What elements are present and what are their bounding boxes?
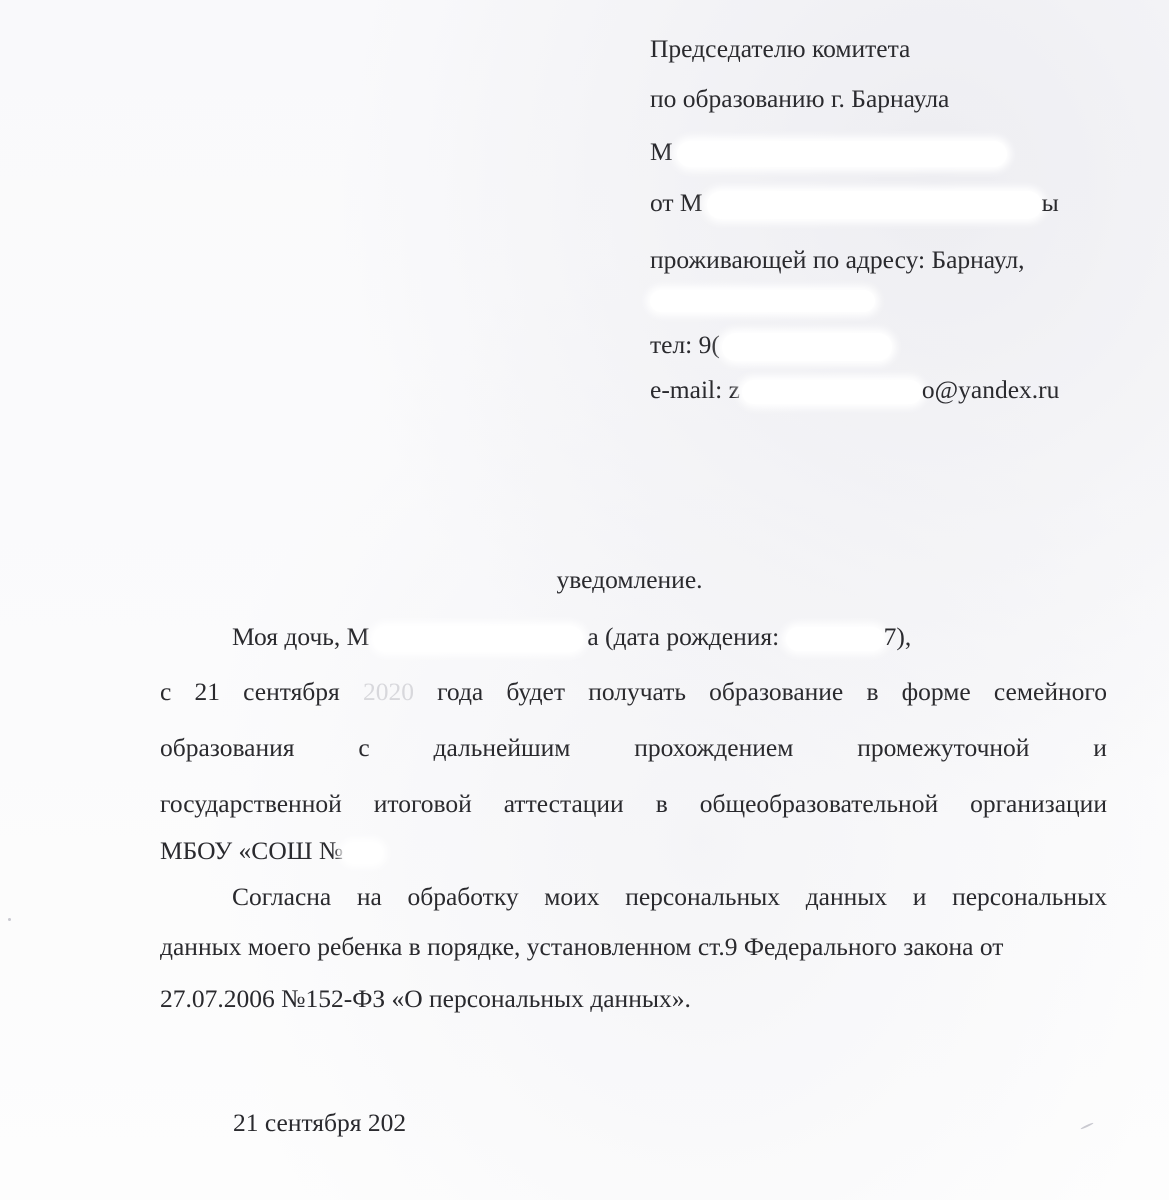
word: образование	[709, 677, 843, 707]
word: организации	[970, 789, 1107, 819]
para1-start: Моя дочь, М	[232, 622, 369, 651]
word: года	[437, 677, 483, 707]
redaction-mark	[742, 380, 922, 404]
sender-name-prefix: от М	[650, 188, 703, 217]
phone-prefix: тел: 9(	[650, 330, 720, 359]
email-prefix: e-mail: z	[650, 375, 740, 404]
word: персональных	[625, 882, 780, 912]
word: будет	[506, 677, 565, 707]
word: форме	[902, 677, 971, 707]
addressee-line-4: от Мы	[650, 190, 1059, 219]
word: сентября	[243, 677, 340, 707]
email-suffix: о@yandex.ru	[922, 375, 1060, 404]
addressee-line-6	[650, 286, 875, 312]
word: данных	[806, 882, 887, 912]
word: образования	[160, 733, 295, 763]
paragraph-1-line-2: с21сентября2020годабудетполучатьобразова…	[160, 677, 1107, 707]
addressee-name-visible: М	[650, 137, 673, 166]
word: 2020	[363, 677, 414, 707]
addressee-line-3: М	[650, 139, 1007, 167]
word: на	[357, 882, 382, 912]
word: общеобразовательной	[700, 789, 938, 819]
word: персональных	[952, 882, 1107, 912]
redaction-mark	[677, 141, 1007, 167]
paragraph-1-line-3: образованиясдальнейшимпрохождениемпромеж…	[160, 733, 1107, 763]
word: итоговой	[374, 789, 472, 819]
scan-artifact	[8, 918, 11, 921]
word: 21	[195, 677, 221, 707]
document-date: 21 сентября 202	[233, 1108, 406, 1138]
word: обработку	[408, 882, 519, 912]
paragraph-1-line-5: МБОУ «СОШ №	[160, 836, 1107, 866]
paragraph-1-line-4: государственнойитоговойаттестациивобщеоб…	[160, 789, 1107, 819]
redaction-mark	[373, 626, 583, 652]
word: семейного	[994, 677, 1107, 707]
word: промежуточной	[857, 733, 1029, 763]
redaction-mark	[722, 333, 892, 361]
word: моих	[544, 882, 599, 912]
phone-line: тел: 9(	[650, 332, 892, 361]
redaction-mark	[707, 191, 1042, 219]
word: и	[913, 882, 927, 912]
redaction-mark	[650, 290, 875, 312]
addressee-line-2: по образованию г. Барнаула	[650, 86, 949, 112]
word: государственной	[160, 789, 342, 819]
document-title: уведомление.	[0, 565, 1169, 595]
scan-artifact	[1080, 1122, 1094, 1130]
addressee-line-5: проживающей по адресу: Барнаул,	[650, 247, 1025, 273]
email-line: e-mail: zо@yandex.ru	[650, 377, 1059, 404]
paragraph-2-line-3: 27.07.2006 №152-ФЗ «О персональных данны…	[160, 984, 1107, 1014]
paragraph-1-line-1: Моя дочь, Ма (дата рождения: 7),	[160, 622, 1107, 652]
document-page: Председателю комитета по образованию г. …	[0, 0, 1169, 1200]
para1-tail: 7),	[884, 622, 912, 651]
word: в	[866, 677, 878, 707]
word: с	[160, 677, 171, 707]
redaction-mark	[343, 842, 383, 864]
word: прохождением	[634, 733, 793, 763]
paragraph-2-line-2: данных моего ребенка в порядке, установл…	[160, 932, 1107, 962]
word: дальнейшим	[434, 733, 571, 763]
word: и	[1093, 733, 1107, 763]
sender-name-suffix: ы	[1042, 188, 1059, 217]
para1-middle: а (дата рождения:	[587, 622, 785, 651]
word: в	[656, 789, 668, 819]
word: аттестации	[504, 789, 624, 819]
addressee-line-1: Председателю комитета	[650, 36, 910, 62]
paragraph-2-line-1: Согласнанаобработкумоихперсональныхданны…	[160, 882, 1107, 912]
word: с	[358, 733, 369, 763]
redaction-mark	[786, 627, 884, 651]
word: получать	[588, 677, 686, 707]
word: Согласна	[232, 882, 331, 912]
school-name: МБОУ «СОШ №	[160, 836, 343, 865]
